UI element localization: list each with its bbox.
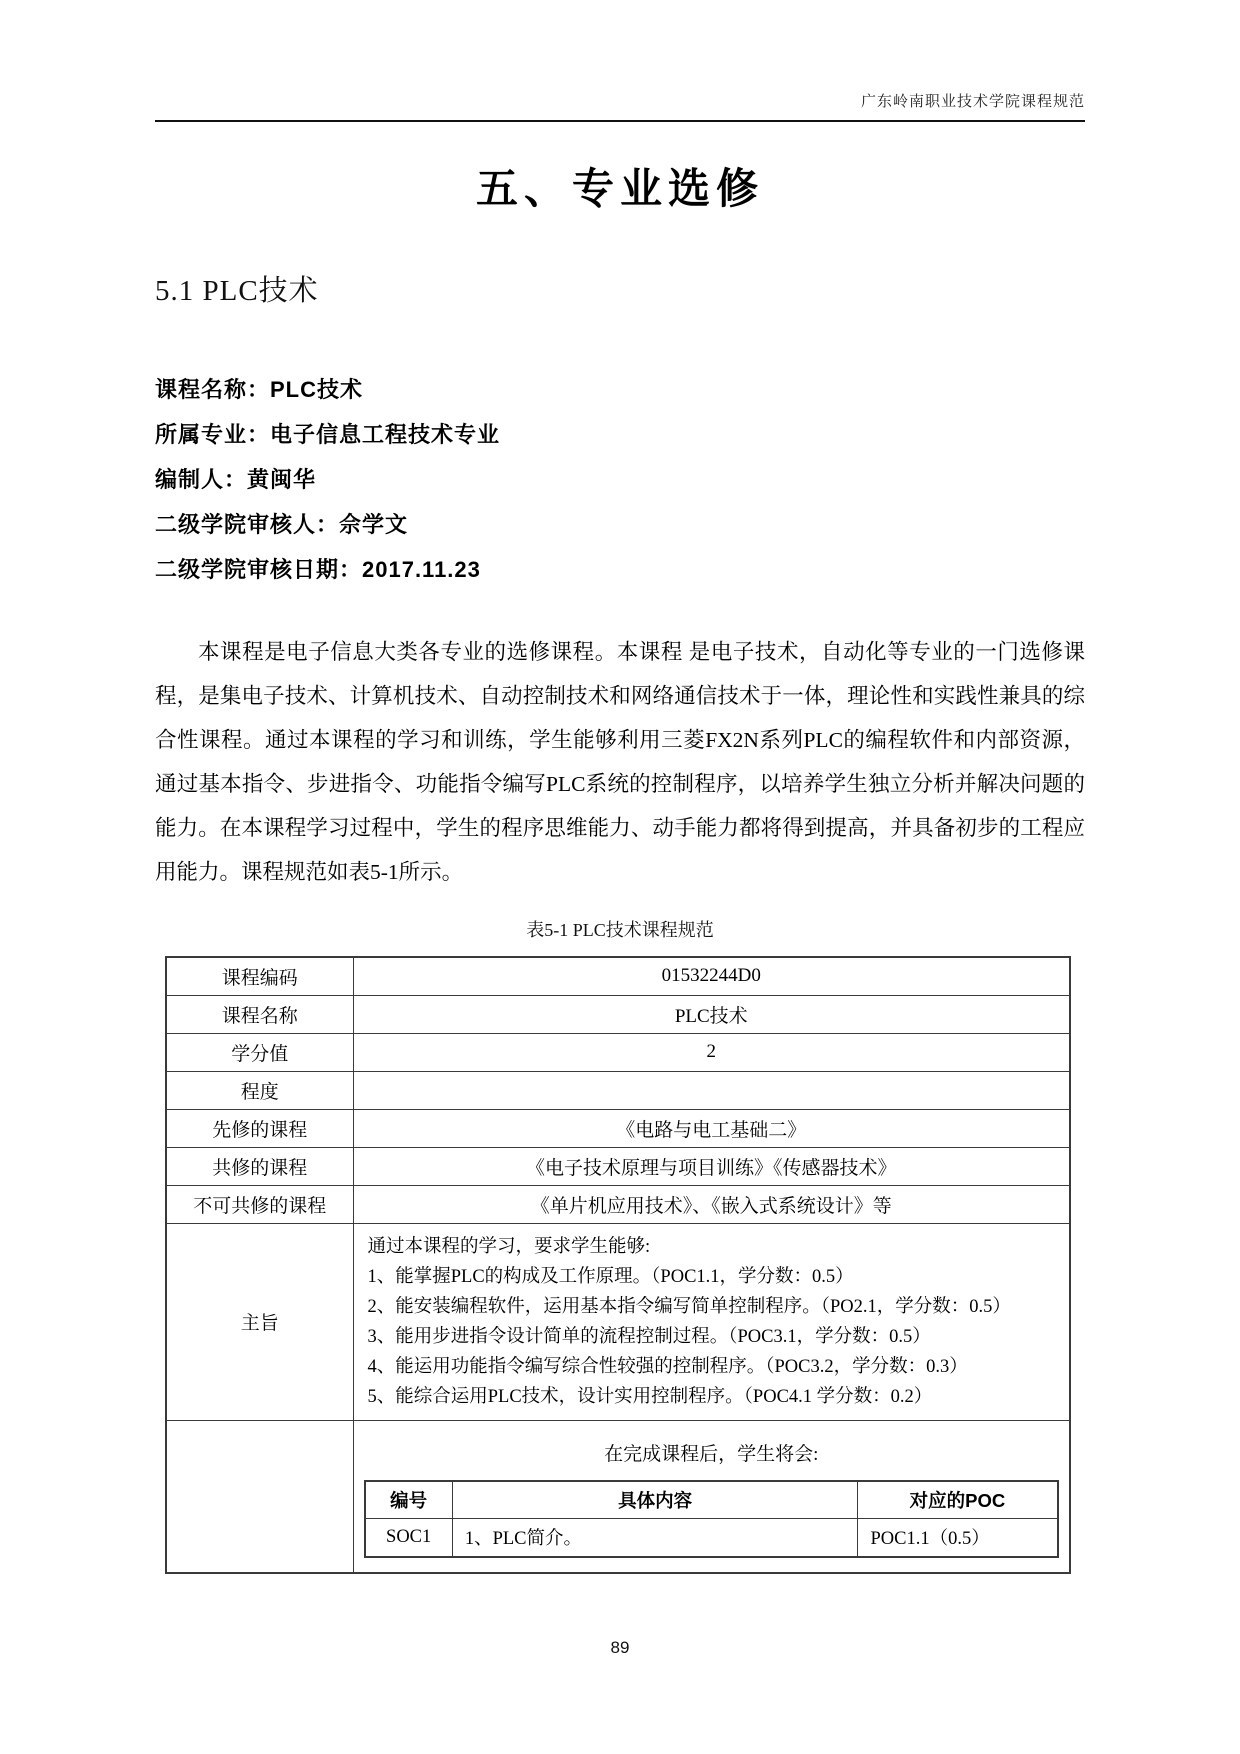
document-page: 广东岭南职业技术学院课程规范 五、专业选修 5.1 PLC技术 课程名称：PLC…: [0, 0, 1240, 1754]
row-label: 共修的课程: [166, 1147, 353, 1185]
outcome-content: 1、PLC简介。: [452, 1519, 858, 1557]
intro-paragraph: 本课程是电子信息大类各专业的选修课程。本课程 是电子技术，自动化等专业的一门选修…: [155, 630, 1085, 894]
section-heading: 5.1 PLC技术: [155, 268, 1085, 309]
row-value: 《电子技术原理与项目训练》《传感器技术》: [353, 1147, 1070, 1185]
outcomes-row: 在完成课程后，学生将会: 编号 具体内容 对应的POC SOC1 1、PLC简介…: [166, 1420, 1070, 1573]
purpose-line: 4、能运用功能指令编写综合性较强的控制程序。（POC3.2，学分数：0.3）: [368, 1352, 1060, 1382]
outcomes-header-content: 具体内容: [452, 1481, 858, 1519]
outcomes-header-row: 编号 具体内容 对应的POC: [365, 1481, 1058, 1519]
table-row: 程度: [166, 1071, 1070, 1109]
row-value: 《电路与电工基础二》: [353, 1109, 1070, 1147]
table-row: 不可共修的课程 《单片机应用技术》、《嵌入式系统设计》等: [166, 1185, 1070, 1223]
meta-reviewer: 二级学院审核人：佘学文: [155, 502, 1085, 547]
purpose-line: 通过本课程的学习，要求学生能够:: [368, 1232, 1060, 1262]
purpose-content: 通过本课程的学习，要求学生能够: 1、能掌握PLC的构成及工作原理。（POC1.…: [353, 1223, 1070, 1420]
outcomes-data-row: SOC1 1、PLC简介。 POC1.1（0.5）: [365, 1519, 1058, 1557]
outcome-id: SOC1: [365, 1519, 453, 1557]
table-caption: 表5-1 PLC技术课程规范: [155, 916, 1085, 942]
meta-major: 所属专业：电子信息工程技术专业: [155, 412, 1085, 457]
outcomes-table: 编号 具体内容 对应的POC SOC1 1、PLC简介。 POC1.1（0.5）: [364, 1480, 1059, 1558]
outcomes-header-poc: 对应的POC: [858, 1481, 1058, 1519]
row-label: 学分值: [166, 1033, 353, 1071]
header-rule: [155, 120, 1085, 122]
row-label: 课程名称: [166, 995, 353, 1033]
document-header: 广东岭南职业技术学院课程规范: [155, 0, 1085, 111]
page-title: 五、专业选修: [155, 156, 1085, 216]
table-row: 课程名称 PLC技术: [166, 995, 1070, 1033]
outcomes-intro: 在完成课程后，学生将会:: [354, 1421, 1070, 1480]
meta-author: 编制人：黄闽华: [155, 457, 1085, 502]
row-value: [353, 1071, 1070, 1109]
row-label: 程度: [166, 1071, 353, 1109]
table-row: 课程编码 01532244D0: [166, 957, 1070, 995]
row-value: 01532244D0: [353, 957, 1070, 995]
meta-block: 课程名称：PLC技术 所属专业：电子信息工程技术专业 编制人：黄闽华 二级学院审…: [155, 367, 1085, 592]
purpose-line: 3、能用步进指令设计简单的流程控制过程。（POC3.1，学分数：0.5）: [368, 1322, 1060, 1352]
row-value: 2: [353, 1033, 1070, 1071]
row-label: 课程编码: [166, 957, 353, 995]
purpose-row: 主旨 通过本课程的学习，要求学生能够: 1、能掌握PLC的构成及工作原理。（PO…: [166, 1223, 1070, 1420]
purpose-line: 2、能安装编程软件，运用基本指令编写简单控制程序。（PO2.1，学分数：0.5）: [368, 1292, 1060, 1322]
row-value: PLC技术: [353, 995, 1070, 1033]
row-label: 不可共修的课程: [166, 1185, 353, 1223]
outcomes-content: 在完成课程后，学生将会: 编号 具体内容 对应的POC SOC1 1、PLC简介…: [353, 1420, 1070, 1573]
table-row: 学分值 2: [166, 1033, 1070, 1071]
course-spec-table: 课程编码 01532244D0 课程名称 PLC技术 学分值 2 程度 先修的课…: [165, 956, 1071, 1574]
meta-course-name: 课程名称：PLC技术: [155, 367, 1085, 412]
row-label: 先修的课程: [166, 1109, 353, 1147]
outcomes-header-id: 编号: [365, 1481, 453, 1519]
purpose-line: 1、能掌握PLC的构成及工作原理。（POC1.1，学分数：0.5）: [368, 1262, 1060, 1292]
table-row: 先修的课程 《电路与电工基础二》: [166, 1109, 1070, 1147]
purpose-label: 主旨: [166, 1223, 353, 1420]
table-row: 共修的课程 《电子技术原理与项目训练》《传感器技术》: [166, 1147, 1070, 1185]
meta-review-date: 二级学院审核日期：2017.11.23: [155, 547, 1085, 592]
row-value: 《单片机应用技术》、《嵌入式系统设计》等: [353, 1185, 1070, 1223]
purpose-line: 5、能综合运用PLC技术，设计实用控制程序。（POC4.1 学分数：0.2）: [368, 1382, 1060, 1412]
page-number: 89: [0, 1638, 1240, 1658]
outcome-poc: POC1.1（0.5）: [858, 1519, 1058, 1557]
outcomes-label-cell: [166, 1420, 353, 1573]
